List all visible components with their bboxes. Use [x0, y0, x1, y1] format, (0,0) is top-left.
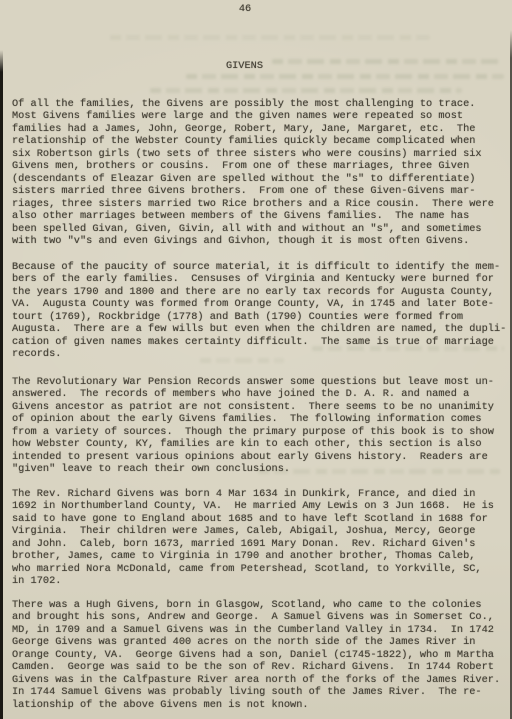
page-number: 46 — [0, 3, 490, 15]
bleed-through-smudge — [150, 88, 462, 93]
paragraph-source-material: Because of the paucity of source materia… — [12, 261, 510, 361]
bleed-through-smudge — [186, 74, 504, 79]
paragraph-rev-richard-givens: The Rev. Richard Givens was born 4 Mar 1… — [12, 488, 510, 588]
page-title: GIVENS — [0, 60, 489, 72]
scanned-book-page: 46 GIVENS Of all the families, the Given… — [0, 0, 512, 719]
paragraph-overview: Of all the families, the Givens are poss… — [12, 98, 510, 247]
paragraph-hugh-givens: There was a Hugh Givens, born in Glasgow… — [12, 599, 510, 711]
paragraph-pension-records: The Revolutionary War Pension Records an… — [12, 376, 510, 476]
scan-edge-left — [0, 50, 3, 719]
bleed-through-smudge — [110, 35, 430, 40]
